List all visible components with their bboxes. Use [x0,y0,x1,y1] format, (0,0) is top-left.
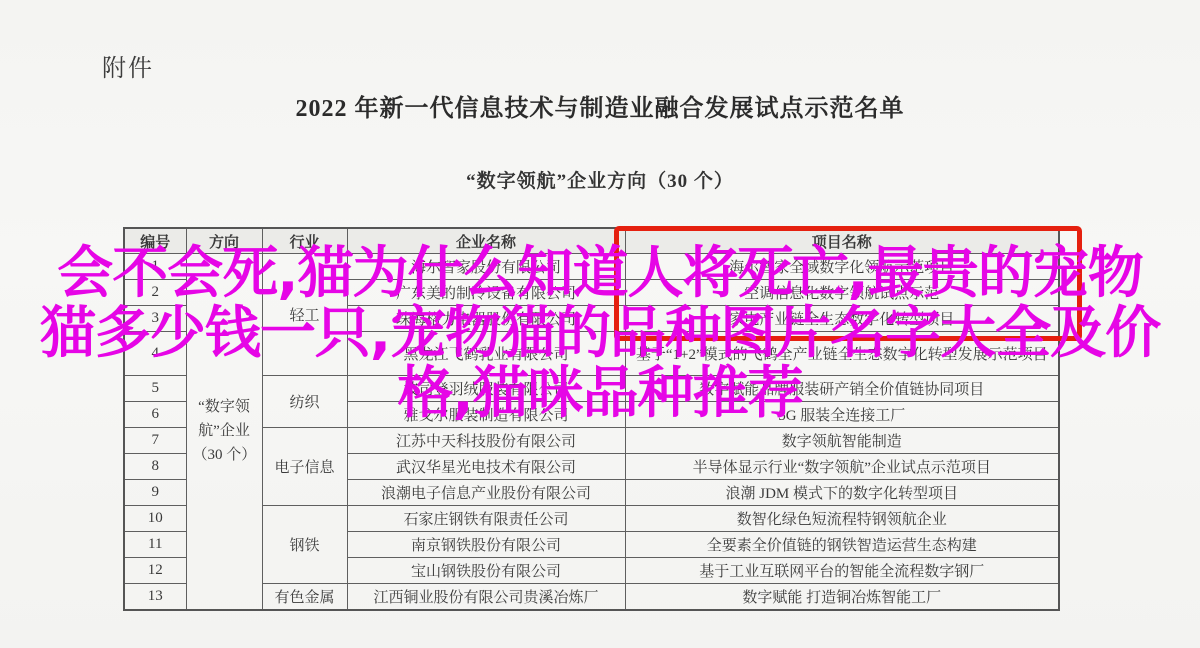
overlay-caption-line: 会不会死,猫为什么知道人将死亡,最贵的宠物 [0,244,1200,304]
cell-project: 数字领航智能制造 [625,428,1059,454]
cell-project: 浪潮 JDM 模式下的数字化转型项目 [625,480,1059,506]
cell-project: 全要素全价值链的钢铁智造运营生态构建 [625,532,1059,558]
table-row: 13 有色金属 江西铜业股份有限公司贵溪冶炼厂 数字赋能 打造铜冶炼智能工厂 [124,584,1059,610]
cell-project: 基于工业互联网平台的智能全流程数字钢厂 [625,558,1059,584]
cell-project: 数智化绿色短流程特钢领航企业 [625,506,1059,532]
cell-company: 石家庄钢铁有限责任公司 [347,506,625,532]
cell-no: 11 [124,532,186,558]
cell-project: 数字赋能 打造铜冶炼智能工厂 [625,584,1059,610]
cell-no: 12 [124,558,186,584]
cell-no: 10 [124,506,186,532]
cell-no: 13 [124,584,186,610]
table-row: 7 电子信息 江苏中天科技股份有限公司 数字领航智能制造 [124,428,1059,454]
cell-industry-group: 钢铁 [262,506,347,584]
cell-company: 江苏中天科技股份有限公司 [347,428,625,454]
cell-company: 武汉华星光电技术有限公司 [347,454,625,480]
document-title: 2022 年新一代信息技术与制造业融合发展试点示范名单 [0,88,1200,123]
table-row: 10 钢铁 石家庄钢铁有限责任公司 数智化绿色短流程特钢领航企业 [124,506,1059,532]
cell-company: 宝山钢铁股份有限公司 [347,558,625,584]
cell-no: 7 [124,428,186,454]
cell-industry-group: 电子信息 [262,428,347,506]
overlay-caption-line: 格,猫咪品种推荐 [0,364,1200,424]
cell-company: 浪潮电子信息产业股份有限公司 [347,480,625,506]
document-subtitle: “数字领航”企业方向（30 个） [0,166,1200,193]
cell-company: 江西铜业股份有限公司贵溪冶炼厂 [347,584,625,610]
cell-no: 8 [124,454,186,480]
overlay-caption: 会不会死,猫为什么知道人将死亡,最贵的宠物 猫多少钱一只,宠物猫的品种图片名字大… [0,244,1200,424]
cell-no: 9 [124,480,186,506]
cell-industry-group: 有色金属 [262,584,347,610]
overlay-caption-line: 猫多少钱一只,宠物猫的品种图片名字大全及价 [0,304,1200,364]
attachment-label: 附件 [102,48,154,83]
cell-project: 半导体显示行业“数字领航”企业试点示范项目 [625,454,1059,480]
cell-company: 南京钢铁股份有限公司 [347,532,625,558]
